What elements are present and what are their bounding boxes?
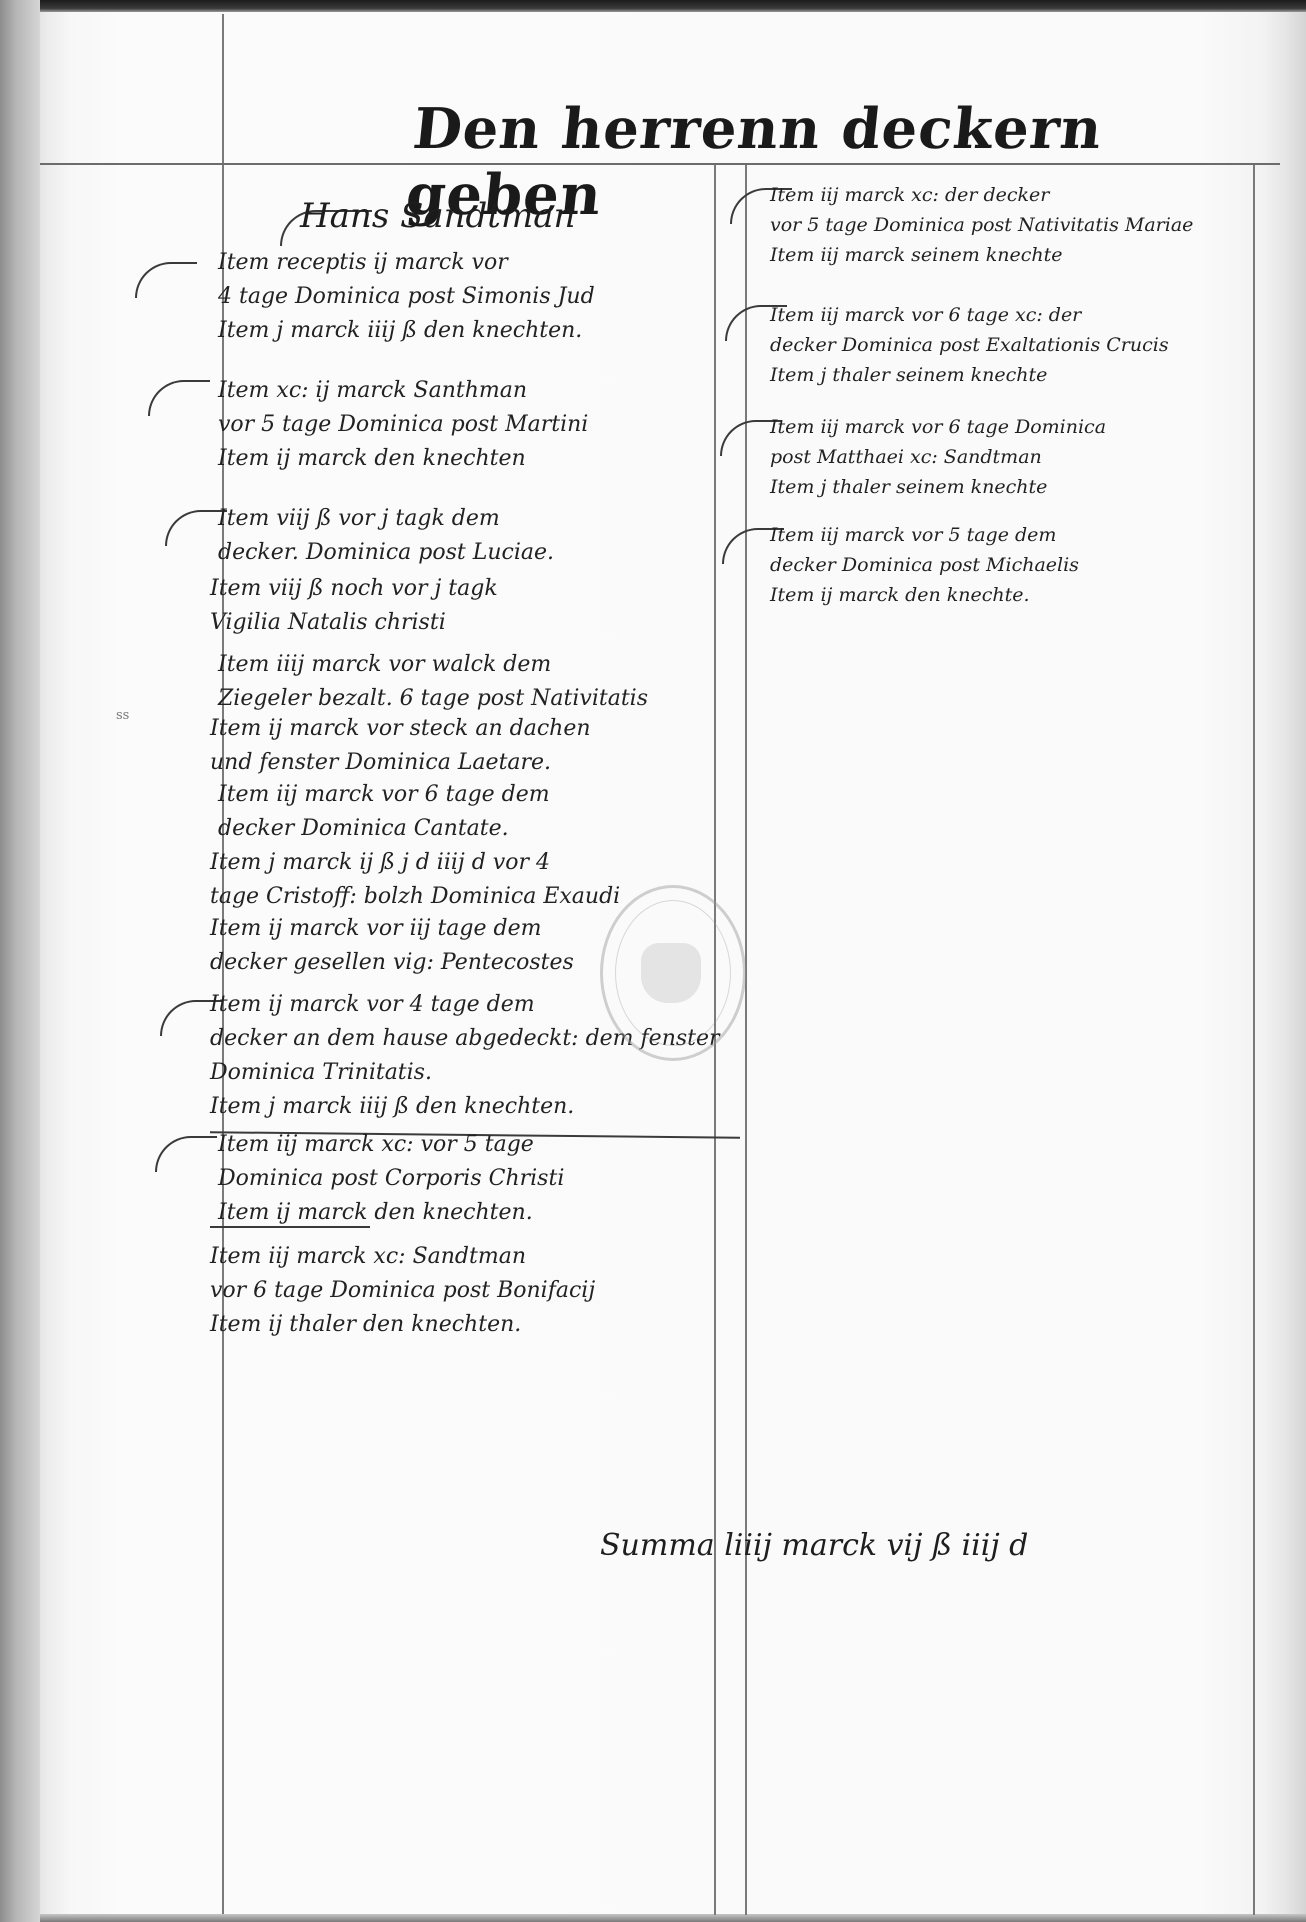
ledger-entry: Item iij marck vor 6 tage xc: der decker…: [770, 300, 1169, 390]
ledger-entry: Item iij marck vor 6 tage dem decker Dom…: [218, 778, 550, 846]
archive-stamp: [600, 885, 746, 1061]
entry-flourish: [135, 262, 197, 298]
ledger-entry: Item iij marck xc: Sandtman vor 6 tage D…: [210, 1240, 595, 1342]
ledger-entry: Item viij ß vor j tagk dem decker. Domin…: [218, 502, 554, 570]
ledger-entry: Item iij marck vor 6 tage Dominica post …: [770, 412, 1106, 502]
page-bottom-edge: [40, 1914, 1306, 1922]
ledger-entry: Item xc: ij marck Santhman vor 5 tage Do…: [218, 374, 588, 476]
ledger-entry: Item viij ß noch vor j tagk Vigilia Nata…: [210, 572, 498, 640]
lion-crest-icon: [641, 943, 701, 1003]
entry-flourish: [148, 380, 210, 416]
ledger-entry: Item ij marck vor steck an dachen und fe…: [210, 712, 591, 780]
ledger-entry: Item j marck ij ß j d iiij d vor 4 tage …: [210, 846, 620, 914]
column-heading: Hans Sandtman: [300, 196, 575, 236]
ledger-entry: Item iij marck vor 5 tage dem decker Dom…: [770, 520, 1079, 610]
entry-separator: [210, 1226, 370, 1228]
right-margin-rule: [1253, 165, 1255, 1915]
ledger-entry: Item iiij marck vor walck dem Ziegeler b…: [218, 648, 648, 716]
manuscript-page: Den herrenn deckern geben Hans Sandtman …: [0, 0, 1306, 1922]
ledger-entry: Item ij marck vor iij tage dem decker ge…: [210, 912, 574, 980]
ledger-entry: Item receptis ij marck vor 4 tage Domini…: [218, 246, 595, 348]
binding-edge: [0, 0, 40, 1922]
page-top-edge: [40, 0, 1306, 12]
page-total: Summa liiij marck vij ß iiij d: [600, 1528, 1028, 1563]
ledger-entry: Item iij marck xc: der decker vor 5 tage…: [770, 180, 1193, 270]
entry-flourish: [155, 1136, 217, 1172]
ledger-entry: Item iij marck xc: vor 5 tage Dominica p…: [218, 1128, 564, 1230]
margin-mark: ss: [116, 708, 129, 723]
